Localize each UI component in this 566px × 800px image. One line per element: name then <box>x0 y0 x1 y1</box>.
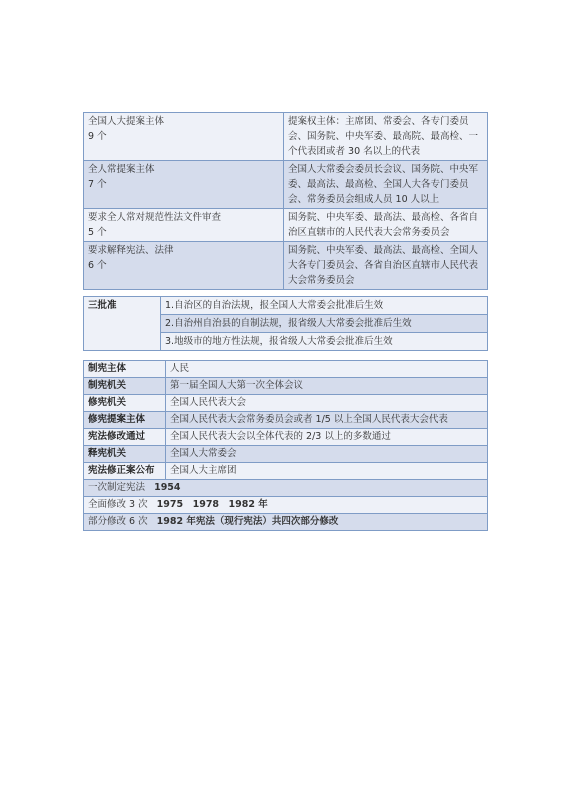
detail-cell: 国务院、中央军委、最高法、最高检、全国人大各专门委员会、各省自治区直辖市人民代表… <box>284 242 488 290</box>
table-row: 三批准 1.自治区的自治法规，报全国人大常委会批准后生效 <box>84 297 488 315</box>
proposal-subjects-table: 全国人大提案主体9 个 提案权主体：主席团、常委会、各专门委员会、国务院、中央军… <box>83 112 488 290</box>
table-row: 宪法修改通过全国人民代表大会以全体代表的 2/3 以上的多数通过 <box>84 429 488 446</box>
detail-cell: 国务院、中央军委、最高法、最高检、各省自治区直辖市的人民代表大会常务委员会 <box>284 209 488 242</box>
subject-cell: 全国人大提案主体9 个 <box>84 113 284 161</box>
detail-cell: 全国人大常委会委员长会议、国务院、中央军委、最高法、最高检、全国人大各专门委员会… <box>284 161 488 209</box>
subject-cell: 全人常提案主体7 个 <box>84 161 284 209</box>
table-row: 全人常提案主体7 个 全国人大常委会委员长会议、国务院、中央军委、最高法、最高检… <box>84 161 488 209</box>
subject-cell: 要求全人常对规范性法文件审查5 个 <box>84 209 284 242</box>
table-row: 全面修改 3 次 1975 1978 1982 年 <box>84 497 488 514</box>
table-row: 部分修改 6 次 1982 年宪法（现行宪法）共四次部分修改 <box>84 514 488 531</box>
constitution-facts-table: 制宪主体人民 制宪机关第一届全国人大第一次全体会议 修宪机关全国人民代表大会 修… <box>83 360 488 531</box>
table-row: 要求全人常对规范性法文件审查5 个 国务院、中央军委、最高法、最高检、各省自治区… <box>84 209 488 242</box>
table-row: 制宪机关第一届全国人大第一次全体会议 <box>84 378 488 395</box>
table-row: 要求解释宪法、法律6 个 国务院、中央军委、最高法、最高检、全国人大各专门委员会… <box>84 242 488 290</box>
table-row: 修宪机关全国人民代表大会 <box>84 395 488 412</box>
three-approvals-table: 三批准 1.自治区的自治法规，报全国人大常委会批准后生效 2.自治州自治县的自制… <box>83 296 488 351</box>
table-row: 修宪提案主体全国人民代表大会常务委员会或者 1/5 以上全国人民代表大会代表 <box>84 412 488 429</box>
subject-cell: 要求解释宪法、法律6 个 <box>84 242 284 290</box>
item-cell: 2.自治州自治县的自制法规，报省级人大常委会批准后生效 <box>161 315 488 333</box>
table-row: 一次制定宪法 1954 <box>84 480 488 497</box>
table-row: 制宪主体人民 <box>84 361 488 378</box>
detail-cell: 提案权主体：主席团、常委会、各专门委员会、国务院、中央军委、最高院、最高检、一个… <box>284 113 488 161</box>
table-row: 释宪机关全国人大常委会 <box>84 446 488 463</box>
label-cell: 三批准 <box>84 297 161 351</box>
item-cell: 3.地级市的地方性法规，报省级人大常委会批准后生效 <box>161 333 488 351</box>
table-row: 宪法修正案公布全国人大主席团 <box>84 463 488 480</box>
table-row: 全国人大提案主体9 个 提案权主体：主席团、常委会、各专门委员会、国务院、中央军… <box>84 113 488 161</box>
item-cell: 1.自治区的自治法规，报全国人大常委会批准后生效 <box>161 297 488 315</box>
